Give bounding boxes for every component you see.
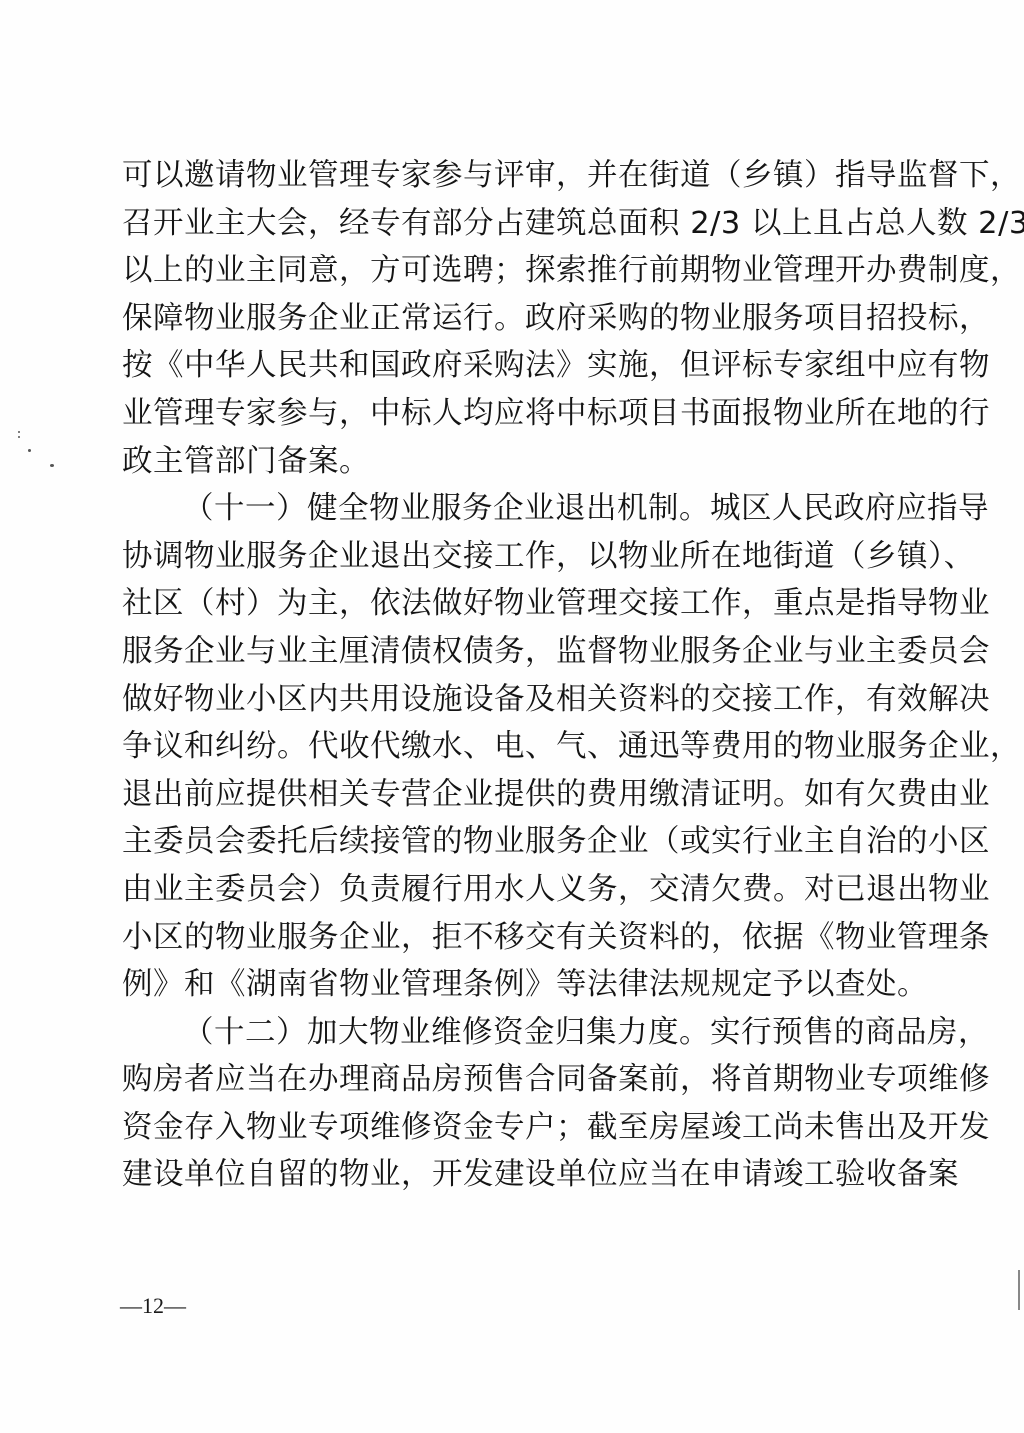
text-line-3: 以上的业主同意，方可选聘；探索推行前期物业管理开办费制度， — [122, 247, 888, 295]
text-line-20: 购房者应当在办理商品房预售合同备案前，将首期物业专项维修 — [122, 1056, 888, 1104]
text-line-10: 社区（村）为主，依法做好物业管理交接工作，重点是指导物业 — [122, 580, 888, 628]
scan-speck — [18, 436, 20, 438]
text-line-9: 协调物业服务企业退出交接工作，以物业所在地街道（乡镇）、 — [122, 533, 888, 581]
text-line-22: 建设单位自留的物业，开发建设单位应当在申请竣工验收备案 — [122, 1151, 888, 1199]
scan-speck — [18, 431, 20, 433]
scan-speck — [50, 464, 54, 467]
text-line-12: 做好物业小区内共用设施设备及相关资料的交接工作，有效解决 — [122, 676, 888, 724]
text-line-16: 由业主委员会）负责履行用水人义务，交清欠费。对已退出物业 — [122, 866, 888, 914]
text-line-1: 可以邀请物业管理专家参与评审，并在街道（乡镇）指导监督下， — [122, 152, 888, 200]
text-line-6: 业管理专家参与，中标人均应将中标项目书面报物业所在地的行 — [122, 390, 888, 438]
document-page: 可以邀请物业管理专家参与评审，并在街道（乡镇）指导监督下， 召开业主大会，经专有… — [0, 0, 1024, 1433]
text-line-2: 召开业主大会，经专有部分占建筑总面积 2/3 以上且占总人数 2/3 — [122, 200, 888, 248]
text-line-13: 争议和纠纷。代收代缴水、电、气、通迅等费用的物业服务企业， — [122, 723, 888, 771]
section-12-heading-line: （十二）加大物业维修资金归集力度。实行预售的商品房， — [122, 1009, 888, 1057]
text-line-5: 按《中华人民共和国政府采购法》实施，但评标专家组中应有物 — [122, 342, 888, 390]
body-text: 可以邀请物业管理专家参与评审，并在街道（乡镇）指导监督下， 召开业主大会，经专有… — [122, 152, 888, 1199]
section-11-heading-line: （十一）健全物业服务企业退出机制。城区人民政府应指导 — [122, 485, 888, 533]
text-line-15: 主委员会委托后续接管的物业服务企业（或实行业主自治的小区 — [122, 818, 888, 866]
text-line-18: 例》和《湖南省物业管理条例》等法律法规规定予以查处。 — [122, 961, 888, 1009]
text-line-17: 小区的物业服务企业，拒不移交有关资料的，依据《物业管理条 — [122, 914, 888, 962]
text-line-7: 政主管部门备案。 — [122, 438, 888, 486]
text-line-11: 服务企业与业主厘清债权债务，监督物业服务企业与业主委员会 — [122, 628, 888, 676]
scan-speck — [28, 449, 31, 452]
text-line-14: 退出前应提供相关专营企业提供的费用缴清证明。如有欠费由业 — [122, 771, 888, 819]
text-line-21: 资金存入物业专项维修资金专户；截至房屋竣工尚未售出及开发 — [122, 1104, 888, 1152]
scan-edge-line — [1018, 1270, 1020, 1310]
page-number: —12— — [120, 1293, 186, 1319]
text-line-4: 保障物业服务企业正常运行。政府采购的物业服务项目招投标， — [122, 295, 888, 343]
